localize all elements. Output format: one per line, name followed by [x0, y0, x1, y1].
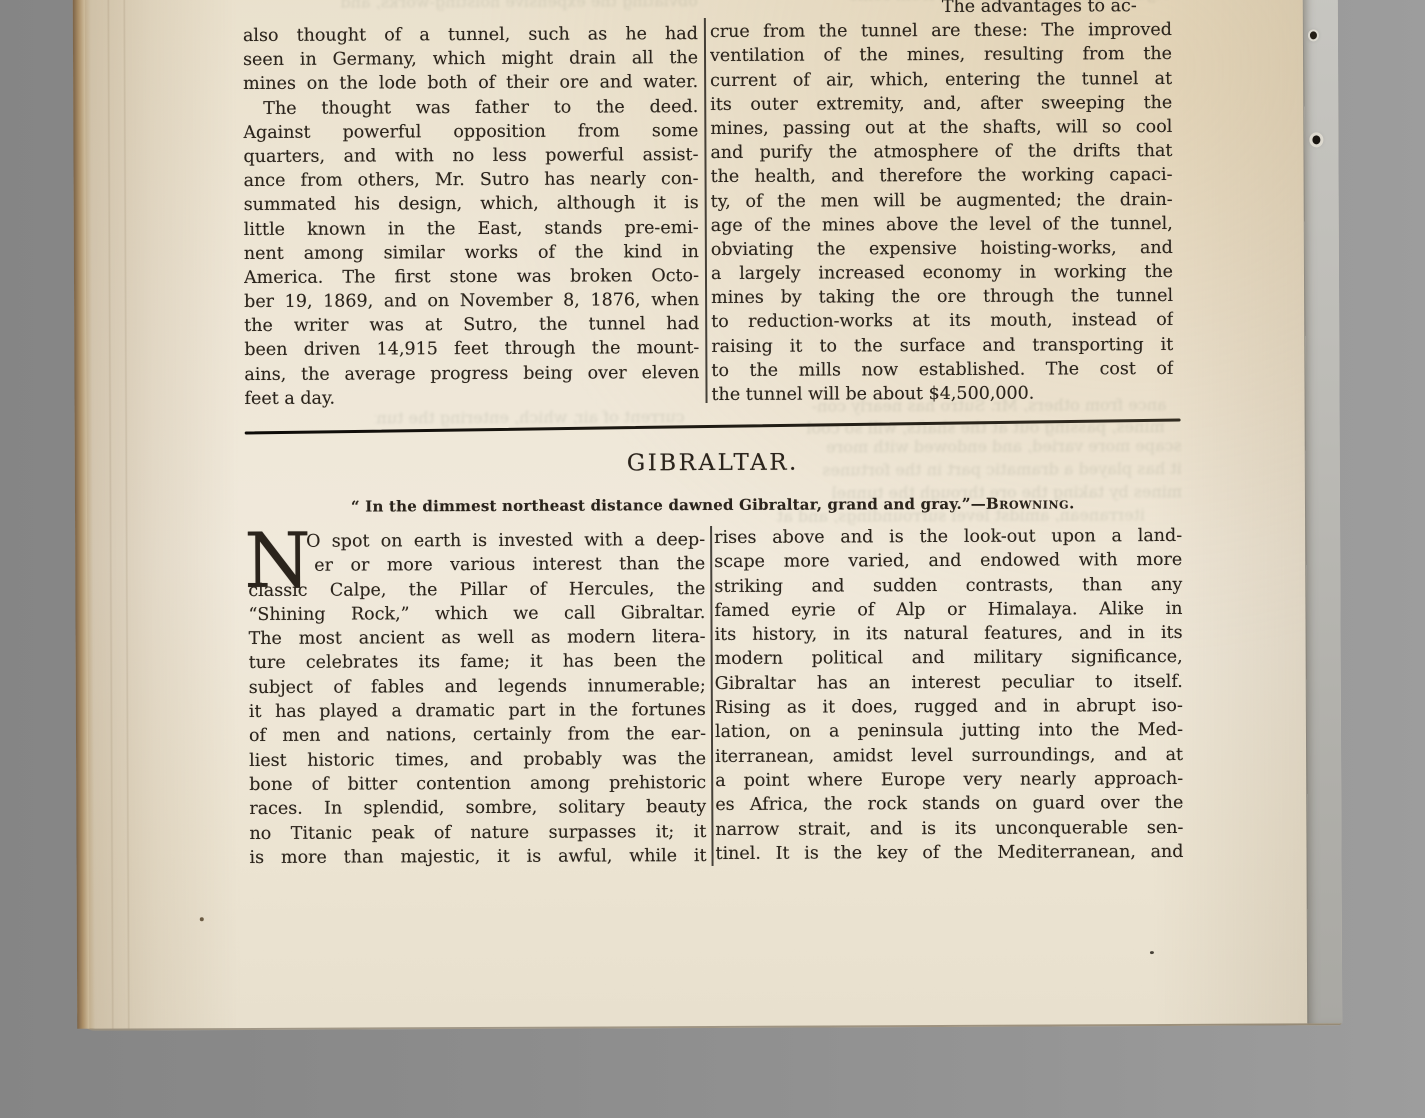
text-line: es Africa, the rock stands on guard over…: [715, 791, 1183, 817]
text-line: current of air, which, entering the tunn…: [710, 67, 1172, 93]
text-line: modern political and military significan…: [715, 645, 1183, 671]
text-line: scape more varied, and endowed with more: [714, 548, 1182, 574]
text-line: iterranean, amidst level surroundings, a…: [715, 743, 1183, 769]
text-line: its history, in its natural features, an…: [715, 621, 1183, 647]
text-line: Rising as it does, rugged and in abrupt …: [715, 694, 1183, 720]
text-line: ture celebrates its fame; it has been th…: [249, 649, 706, 675]
text-line: crue from the tunnel are these: The impr…: [710, 18, 1172, 44]
text-line: the writer was at Sutro, the tunnel had: [244, 312, 699, 338]
printed-content: also thought of a tunnel, such as he had…: [73, 0, 1343, 1029]
text-line: narrow strait, and is its unconquerable …: [715, 815, 1183, 841]
text-line: to reduction-works at its mouth, instead…: [711, 308, 1173, 334]
text-line: to the mills now established. The cost o…: [711, 357, 1173, 383]
text-line: mines by taking the ore through the tunn…: [711, 284, 1173, 310]
book-page: obviating the expensive hoisting-works, …: [73, 0, 1343, 1031]
text-line: races. In splendid, sombre, solitary bea…: [249, 795, 706, 821]
gibraltar-left-column: N O spot on earth is invested with a dee…: [248, 528, 706, 870]
text-line: The thought was father to the deed.: [243, 95, 698, 121]
article-title: GIBRALTAR.: [245, 448, 1181, 478]
binding-hole: [1312, 135, 1320, 144]
text-line: Gibraltar has an interest peculiar to it…: [715, 670, 1183, 696]
binding-hole: [1310, 31, 1317, 39]
text-line: it has played a dramatic part in the for…: [249, 698, 706, 724]
text-line: O spot on earth is invested with a deep-: [248, 528, 705, 554]
article-epigraph: “ In the dimmest northeast distance dawn…: [245, 494, 1181, 516]
section-rule: [245, 418, 1181, 434]
text-line: obviating the expensive hoisting-works, …: [711, 236, 1173, 262]
text-line: ber 19, 1869, and on November 8, 1876, w…: [244, 288, 699, 314]
text-line: its outer extremity, and, after sweeping…: [710, 91, 1172, 117]
text-line: a point where Europe very nearly approac…: [715, 767, 1183, 793]
text-line: a largely increased economy in working t…: [711, 260, 1173, 286]
text-line: tinel. It is the key of the Mediterranea…: [715, 840, 1183, 866]
text-line: classic Calpe, the Pillar of Hercules, t…: [248, 577, 705, 603]
text-line: summated his design, which, although it …: [244, 191, 699, 217]
text-line: of men and nations, certainly from the e…: [249, 722, 706, 748]
text-line: ty, of the men will be augmented; the dr…: [711, 187, 1173, 213]
tunnel-right-lines: crue from the tunnel are these: The impr…: [710, 18, 1174, 407]
text-line: America. The first stone was broken Octo…: [244, 264, 699, 290]
text-line: age of the mines above the level of the …: [711, 212, 1173, 238]
text-line: famed eyrie of Alp or Himalaya. Alike in: [714, 597, 1182, 623]
text-line: mines on the lode both of their ore and …: [243, 70, 698, 96]
text-line: no Titanic peak of nature surpasses it; …: [249, 820, 706, 846]
text-line: seen in Germany, which might drain all t…: [243, 46, 698, 72]
column-divider: [704, 18, 708, 403]
text-line: ventilation of the mines, resulting from…: [710, 42, 1172, 68]
text-line: subject of fables and legends innumerabl…: [249, 674, 706, 700]
text-line: Against powerful opposition from some: [243, 119, 698, 145]
text-line: quarters, and with no less powerful assi…: [243, 143, 698, 169]
text-line: little known in the East, stands pre-emi…: [244, 216, 699, 242]
text-line: is more than majestic, it is awful, whil…: [249, 844, 706, 870]
text-line: ains, the average progress being over el…: [244, 361, 699, 387]
text-line: also thought of a tunnel, such as he had: [243, 22, 698, 48]
text-line: ance from others, Mr. Sutro has nearly c…: [244, 167, 699, 193]
text-line: and purify the atmosphere of the drifts …: [710, 139, 1172, 165]
text-line: mines, passing out at the shafts, will s…: [710, 115, 1172, 141]
text-line: nent among similar works of the kind in: [244, 240, 699, 266]
gibraltar-left-lines: O spot on earth is invested with a deep-…: [248, 528, 706, 870]
text-line: been driven 14,915 feet through the moun…: [244, 336, 699, 362]
epigraph-attribution: Browning.: [986, 494, 1075, 512]
text-line: er or more various interest than the: [248, 552, 705, 578]
text-line: feet a day.: [244, 385, 699, 411]
text-line: liest historic times, and probably was t…: [249, 747, 706, 773]
drop-cap: N: [244, 523, 311, 599]
gibraltar-right-column: rises above and is the look-out upon a l…: [714, 524, 1183, 866]
text-line: bone of bitter contention among prehisto…: [249, 771, 706, 797]
text-line: raising it to the surface and transporti…: [711, 333, 1173, 359]
column-divider: [710, 526, 713, 866]
paper-speck: [200, 917, 204, 921]
text-line: lation, on a peninsula jutting into the …: [715, 718, 1183, 744]
text-line: The most ancient as well as modern liter…: [249, 625, 706, 651]
text-line: “Shining Rock,” which we call Gibraltar.: [248, 601, 705, 627]
paper-speck: [1150, 951, 1154, 954]
overflow-text-line: The advantages to ac-: [710, 0, 1172, 20]
scanned-page-photo: obviating the expensive hoisting-works, …: [0, 0, 1425, 1118]
tunnel-article-left-column: also thought of a tunnel, such as he had…: [243, 22, 700, 411]
epigraph-quote: “ In the dimmest northeast distance dawn…: [351, 495, 986, 516]
text-line: striking and sudden contrasts, than any: [714, 573, 1182, 599]
text-line: the tunnel will be about $4,500,000.: [711, 381, 1173, 407]
text-line: the health, and therefore the working ca…: [711, 163, 1173, 189]
tunnel-article-right-column: The advantages to ac- crue from the tunn…: [710, 0, 1174, 407]
text-line: rises above and is the look-out upon a l…: [714, 524, 1182, 550]
